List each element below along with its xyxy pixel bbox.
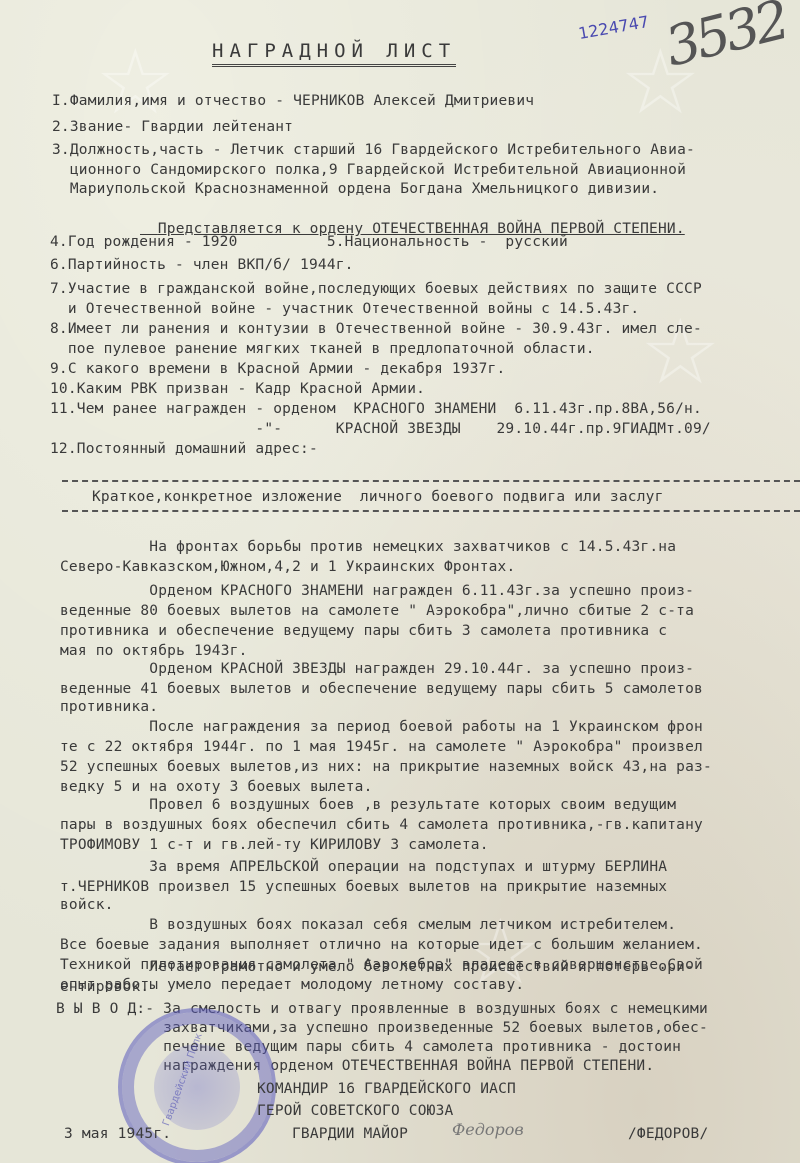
field-line: 2.Звание- Гвардии лейтенант <box>52 118 293 136</box>
narrative-line: противника. <box>60 698 158 716</box>
divider <box>62 510 800 512</box>
narrative-line: войск. <box>60 896 114 914</box>
field-line: 8.Имеет ли ранения и контузии в Отечеств… <box>50 320 702 338</box>
narrative-line: Все боевые задания выполняет отлично на … <box>60 936 703 954</box>
signature-rank: ГВАРДИИ МАЙОР <box>292 1125 408 1143</box>
handwritten-signature: Федоров <box>452 1120 524 1139</box>
field-line: 11.Чем ранее награжден - орденом КРАСНОГ… <box>50 400 702 418</box>
narrative-line: Орденом КРАСНОЙ ЗВЕЗДЫ награжден 29.10.4… <box>60 660 694 678</box>
narrative-line: 52 успешных боевых вылетов,из них: на пр… <box>60 758 712 776</box>
narrative-line: ентировок. <box>60 978 149 996</box>
narrative-line: На фронтах борьбы против немецких захват… <box>60 538 676 556</box>
narrative-line: В воздушных боях показал себя смелым лет… <box>60 916 676 934</box>
narrative-line: веденные 80 боевых вылетов на самолете "… <box>60 602 694 620</box>
field-line: 7.Участие в гражданской войне,последующи… <box>50 280 702 298</box>
narrative-line: веденные 41 боевых вылетов и обеспечение… <box>60 680 703 698</box>
narrative-line: Летает грамотно и умело без летных проис… <box>60 958 694 976</box>
narrative-line: ведку 5 и на охоту 3 боевых вылета. <box>60 778 373 796</box>
signature-hero: ГЕРОЙ СОВЕТСКОГО СОЮЗА <box>257 1102 453 1120</box>
narrative-line: пары в воздушных боях обеспечил сбить 4 … <box>60 816 703 834</box>
conclusion-line: В Ы В О Д:- За смелость и отвагу проявле… <box>56 1000 708 1018</box>
narrative-line: Северо-Кавказском,Южном,4,2 и 1 Украинск… <box>60 558 515 576</box>
section-heading: Краткое,конкретное изложение личного бое… <box>92 488 664 506</box>
field-line: и Отечественной войне - участник Отечест… <box>50 300 639 318</box>
narrative-line: те с 22 октября 1944г. по 1 мая 1945г. н… <box>60 738 703 756</box>
field-line: 4.Год рождения - 1920 5.Национальность -… <box>50 233 568 251</box>
field-line: ционного Сандомирского полка,9 Гвардейск… <box>52 161 686 179</box>
signature-name: /ФЕДОРОВ/ <box>628 1125 708 1143</box>
narrative-line: мая по октябрь 1943г. <box>60 642 248 660</box>
signature-date: 3 мая 1945г. <box>64 1125 171 1143</box>
narrative-line: За время АПРЕЛЬСКОЙ операции на подступа… <box>60 858 667 876</box>
field-line: 3.Должность,часть - Летчик старший 16 Гв… <box>52 141 695 159</box>
field-line: I.Фамилия,имя и отчество - ЧЕРНИКОВ Алек… <box>52 92 534 110</box>
field-line: 12.Постоянный домашний адрес:- <box>50 440 318 458</box>
field-line: Мариупольской Краснознаменной ордена Бог… <box>52 180 659 198</box>
narrative-line: противника и обеспечение ведущему пары с… <box>60 622 667 640</box>
narrative-line: т.ЧЕРНИКОВ произвел 15 успешных боевых в… <box>60 878 667 896</box>
watermark-star: ☆ <box>640 300 721 405</box>
narrative-line: После награждения за период боевой работ… <box>60 718 703 736</box>
page-title: НАГРАДНОЙ ЛИСТ <box>212 40 456 67</box>
archive-mark: 1224747 <box>577 12 650 43</box>
narrative-line: Провел 6 воздушных боев ,в результате ко… <box>60 796 676 814</box>
narrative-line: ТРОФИМОВУ 1 с-т и гв.лей-ту КИРИЛОВУ 3 с… <box>60 836 489 854</box>
divider <box>62 480 800 482</box>
narrative-line: Орденом КРАСНОГО ЗНАМЕНИ награжден 6.11.… <box>60 582 694 600</box>
field-line: 10.Каким РВК призван - Кадр Красной Арми… <box>50 380 425 398</box>
field-line: пое пулевое ранение мягких тканей в пред… <box>50 340 595 358</box>
signature-title: КОМАНДИР 16 ГВАРДЕЙСКОГО ИАСП <box>257 1080 516 1098</box>
field-line: 6.Партийность - член ВКП/б/ 1944г. <box>50 256 354 274</box>
handwritten-number: 3532 <box>659 0 792 79</box>
field-line: -"- КРАСНОЙ ЗВЕЗДЫ 29.10.44г.пр.9ГИАДМт.… <box>50 420 711 438</box>
field-line: 9.С какого времени в Красной Армии - дек… <box>50 360 505 378</box>
